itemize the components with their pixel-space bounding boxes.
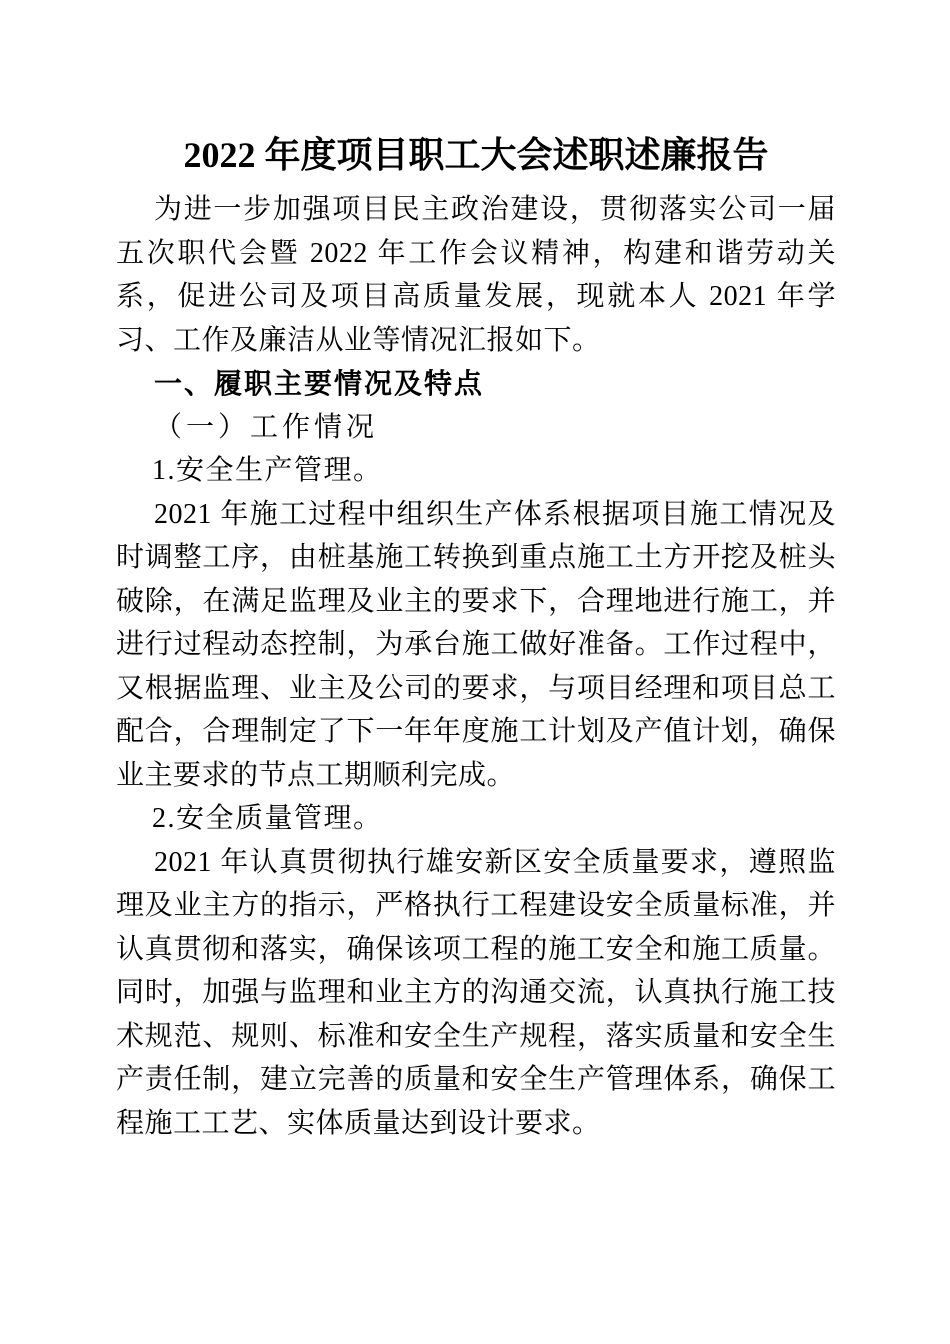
subsection-heading: （一）工作情况 bbox=[116, 406, 836, 450]
document-title: 2022 年度项目职工大会述职述廉报告 bbox=[116, 130, 836, 180]
item-1-body: 2021 年施工过程中组织生产体系根据项目施工情况及时调整工序，由桩基施工转换到… bbox=[116, 493, 836, 798]
item-2-body: 2021 年认真贯彻执行雄安新区安全质量要求，遵照监理及业主方的指示，严格执行工… bbox=[116, 841, 836, 1146]
document-page: 2022 年度项目职工大会述职述廉报告 为进一步加强项目民主政治建设，贯彻落实公… bbox=[0, 0, 950, 1344]
item-1-heading: 1.安全生产管理。 bbox=[116, 449, 836, 493]
intro-paragraph: 为进一步加强项目民主政治建设，贯彻落实公司一届五次职代会暨 2022 年工作会议… bbox=[116, 188, 836, 362]
item-2-heading: 2.安全质量管理。 bbox=[116, 797, 836, 841]
section-heading: 一、履职主要情况及特点 bbox=[116, 362, 836, 406]
